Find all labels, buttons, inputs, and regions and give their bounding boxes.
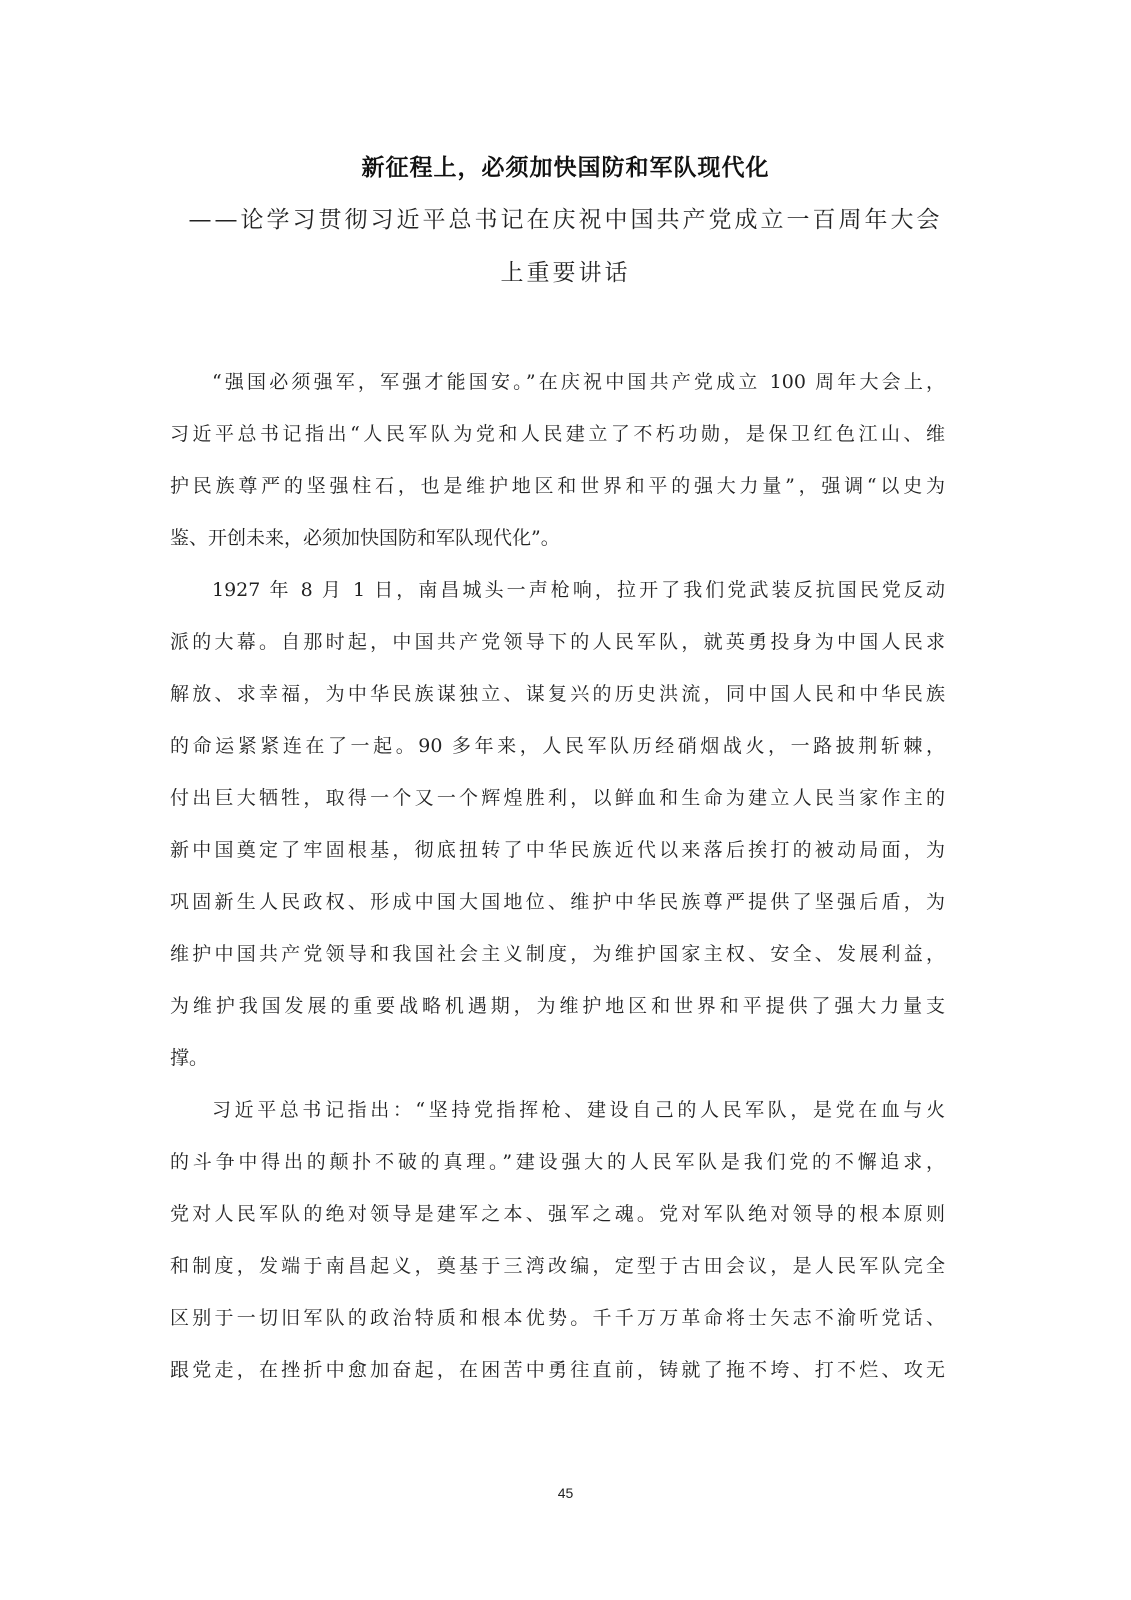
article-title: 新征程上，必须加快国防和军队现代化 [0, 148, 1131, 188]
paragraph-2-line-6: 新中国奠定了牢固根基，彻底扭转了中华民族近代以来落后挨打的被动局面，为 [170, 830, 945, 870]
paragraph-3-line-5: 区别于一切旧军队的政治特质和根本优势。千千万万革命将士矢志不渝听党话、 [170, 1298, 945, 1338]
paragraph-2-line-2: 派的大幕。自那时起，中国共产党领导下的人民军队，就英勇投身为中国人民求 [170, 622, 945, 662]
paragraph-2-line-10: 撑。 [170, 1038, 945, 1078]
page-number: 45 [0, 1485, 1131, 1501]
paragraph-1-line-3: 护民族尊严的坚强柱石，也是维护地区和世界和平的强大力量”，强调“以史为 [170, 466, 945, 506]
article-subtitle-line-1: ——论学习贯彻习近平总书记在庆祝中国共产党成立一百周年大会 [0, 200, 1131, 240]
paragraph-1-line-4: 鉴、开创未来，必须加快国防和军队现代化”。 [170, 518, 945, 558]
paragraph-1-line-1: “强国必须强军，军强才能国安。”在庆祝中国共产党成立 100 周年大会上， [212, 362, 945, 402]
paragraph-3-line-6: 跟党走，在挫折中愈加奋起，在困苦中勇往直前，铸就了拖不垮、打不烂、攻无 [170, 1350, 945, 1390]
paragraph-1-line-2: 习近平总书记指出“人民军队为党和人民建立了不朽功勋，是保卫红色江山、维 [170, 414, 945, 454]
paragraph-3-line-3: 党对人民军队的绝对领导是建军之本、强军之魂。党对军队绝对领导的根本原则 [170, 1194, 945, 1234]
article-subtitle-line-2: 上重要讲话 [0, 253, 1131, 293]
paragraph-2-line-5: 付出巨大牺牲，取得一个又一个辉煌胜利，以鲜血和生命为建立人民当家作主的 [170, 778, 945, 818]
paragraph-3-line-4: 和制度，发端于南昌起义，奠基于三湾改编，定型于古田会议，是人民军队完全 [170, 1246, 945, 1286]
paragraph-2-line-4: 的命运紧紧连在了一起。90 多年来，人民军队历经硝烟战火，一路披荆斩棘， [170, 726, 945, 766]
paragraph-2-line-1: 1927 年 8 月 1 日，南昌城头一声枪响，拉开了我们党武装反抗国民党反动 [212, 570, 945, 610]
paragraph-2-line-3: 解放、求幸福，为中华民族谋独立、谋复兴的历史洪流，同中国人民和中华民族 [170, 674, 945, 714]
paragraph-3-line-2: 的斗争中得出的颠扑不破的真理。”建设强大的人民军队是我们党的不懈追求， [170, 1142, 945, 1182]
paragraph-3-line-1: 习近平总书记指出：“坚持党指挥枪、建设自己的人民军队，是党在血与火 [212, 1090, 945, 1130]
paragraph-2-line-8: 维护中国共产党领导和我国社会主义制度，为维护国家主权、安全、发展利益， [170, 934, 945, 974]
document-page: 新征程上，必须加快国防和军队现代化 ——论学习贯彻习近平总书记在庆祝中国共产党成… [0, 0, 1131, 1600]
paragraph-2-line-9: 为维护我国发展的重要战略机遇期，为维护地区和世界和平提供了强大力量支 [170, 986, 945, 1026]
paragraph-2-line-7: 巩固新生人民政权、形成中国大国地位、维护中华民族尊严提供了坚强后盾，为 [170, 882, 945, 922]
